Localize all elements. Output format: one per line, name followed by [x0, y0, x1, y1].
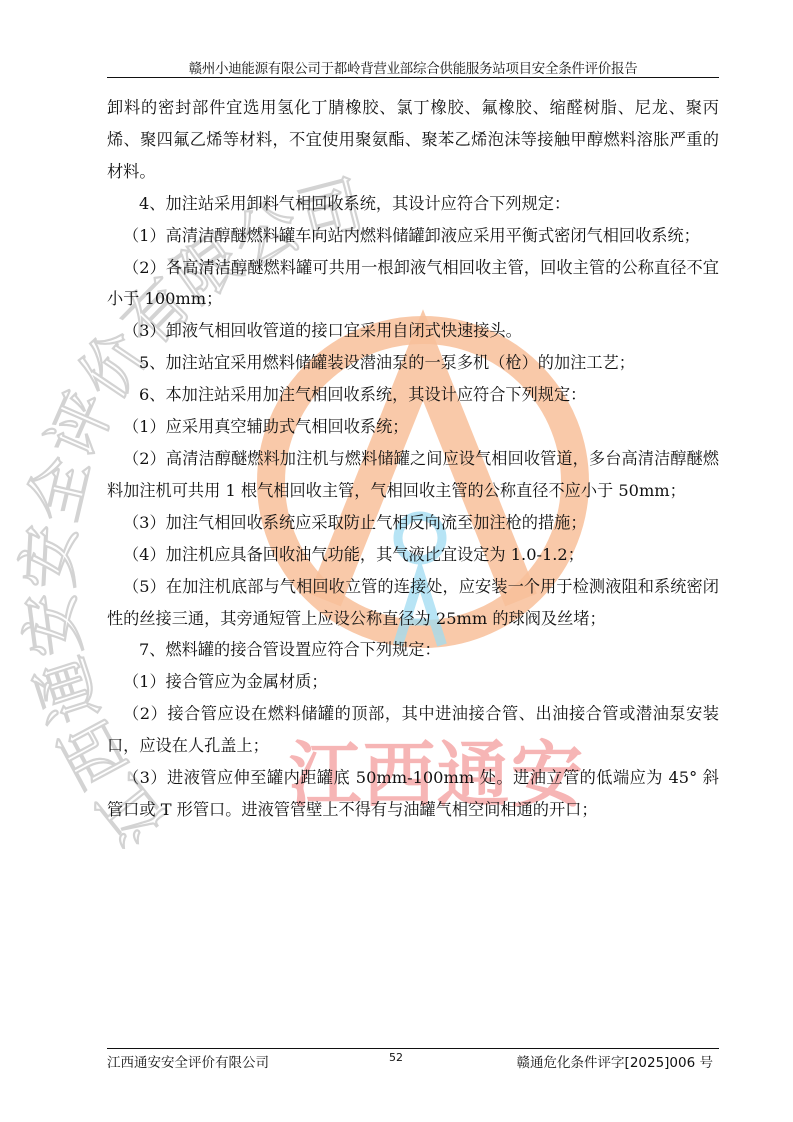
paragraph: （3）加注气相回收系统应采取防止气相反向流至加注枪的措施；: [107, 507, 719, 539]
paragraph: （1）应采用真空辅助式气相回收系统；: [107, 411, 719, 443]
document-page: 江西通安 江西通安安全评价有限公司 赣州小迪能源有限公司于都岭背营业部综合供能服…: [0, 0, 793, 1122]
paragraph: 6、本加注站采用加注气相回收系统，其设计应符合下列规定：: [107, 379, 719, 411]
header-divider: [107, 77, 719, 78]
page-footer: 江西通安安全评价有限公司 52 赣通危化条件评字[2025]006 号: [107, 1051, 719, 1071]
document-body: 卸料的密封部件宜选用氢化丁腈橡胶、氯丁橡胶、氟橡胶、缩醛树脂、尼龙、聚丙烯、聚四…: [107, 92, 719, 826]
paragraph: 7、燃料罐的接合管设置应符合下列规定：: [107, 634, 719, 666]
paragraph: （4）加注机应具备回收油气功能，其气液比宜设定为 1.0-1.2；: [107, 539, 719, 571]
paragraph: 4、加注站采用卸料气相回收系统，其设计应符合下列规定：: [107, 188, 719, 220]
paragraph: （2）接合管应设在燃料储罐的顶部，其中进油接合管、出油接合管或潜油泵安装口，应设…: [107, 698, 719, 762]
paragraph: （2）各高清洁醇醚燃料罐可共用一根卸液气相回收主管，回收主管的公称直径不宜小于 …: [107, 252, 719, 316]
paragraph: （1）高清洁醇醚燃料罐车向站内燃料储罐卸液应采用平衡式密闭气相回收系统；: [107, 220, 719, 252]
paragraph: 5、加注站宜采用燃料储罐装设潜油泵的一泵多机（枪）的加注工艺；: [107, 347, 719, 379]
paragraph: （1）接合管应为金属材质；: [107, 666, 719, 698]
footer-doc-number: 赣通危化条件评字[2025]006 号: [517, 1051, 713, 1071]
footer-company: 江西通安安全评价有限公司: [107, 1051, 269, 1071]
page-header-title: 赣州小迪能源有限公司于都岭背营业部综合供能服务站项目安全条件评价报告: [107, 57, 719, 77]
paragraph: （3）卸液气相回收管道的接口宜采用自闭式快速接头。: [107, 315, 719, 347]
page-number: 52: [389, 1051, 403, 1064]
footer-divider: [107, 1048, 719, 1049]
paragraph: （3）进液管应伸至罐内距罐底 50mm-100mm 处。进油立管的低端应为 45…: [107, 762, 719, 826]
paragraph: 卸料的密封部件宜选用氢化丁腈橡胶、氯丁橡胶、氟橡胶、缩醛树脂、尼龙、聚丙烯、聚四…: [107, 92, 719, 188]
paragraph: （5）在加注机底部与气相回收立管的连接处，应安装一个用于检测液阻和系统密闭性的丝…: [107, 571, 719, 635]
paragraph: （2）高清洁醇醚燃料加注机与燃料储罐之间应设气相回收管道，多台高清洁醇醚燃料加注…: [107, 443, 719, 507]
